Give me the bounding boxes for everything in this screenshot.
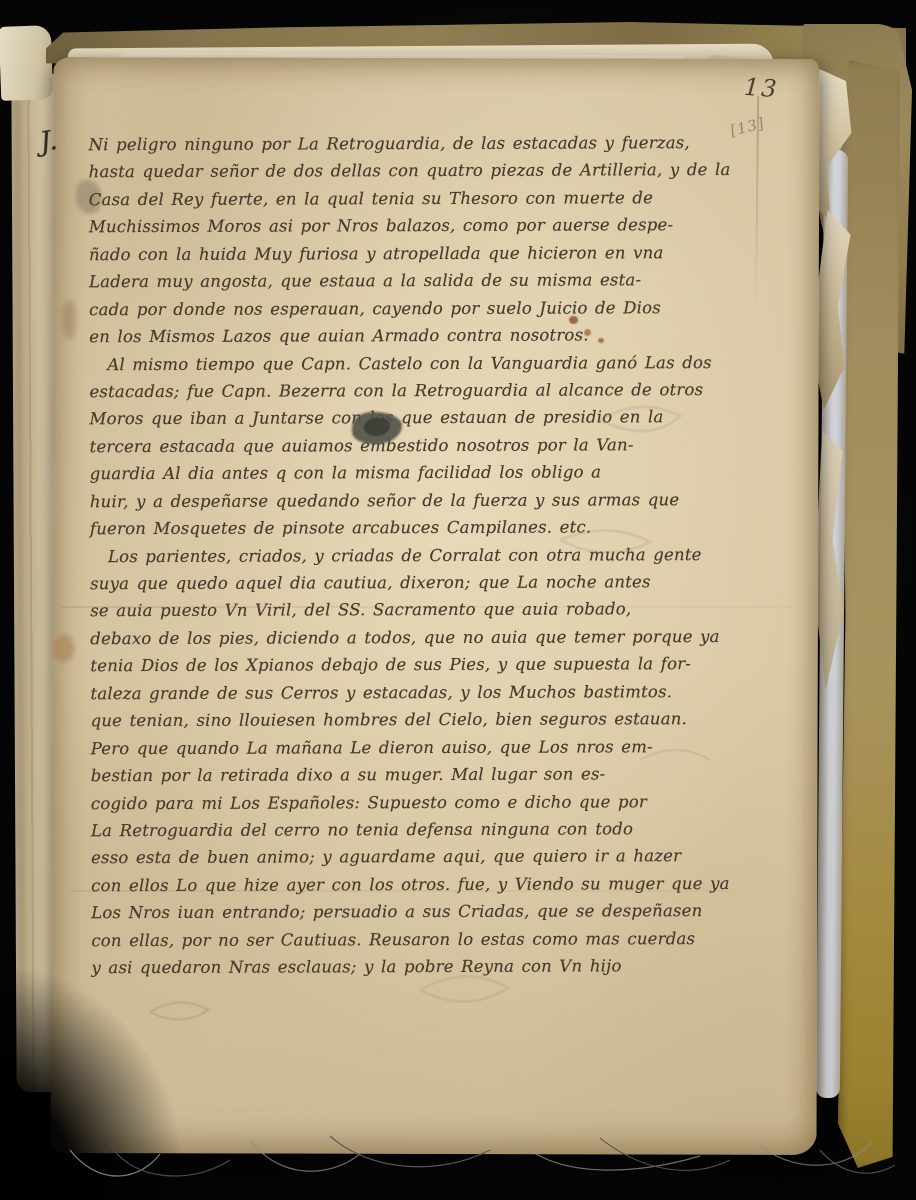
photo-background: J. 13 [13] Ni peligro ninguno por La Ret… — [0, 0, 916, 1200]
binding-threads — [0, 1110, 916, 1200]
